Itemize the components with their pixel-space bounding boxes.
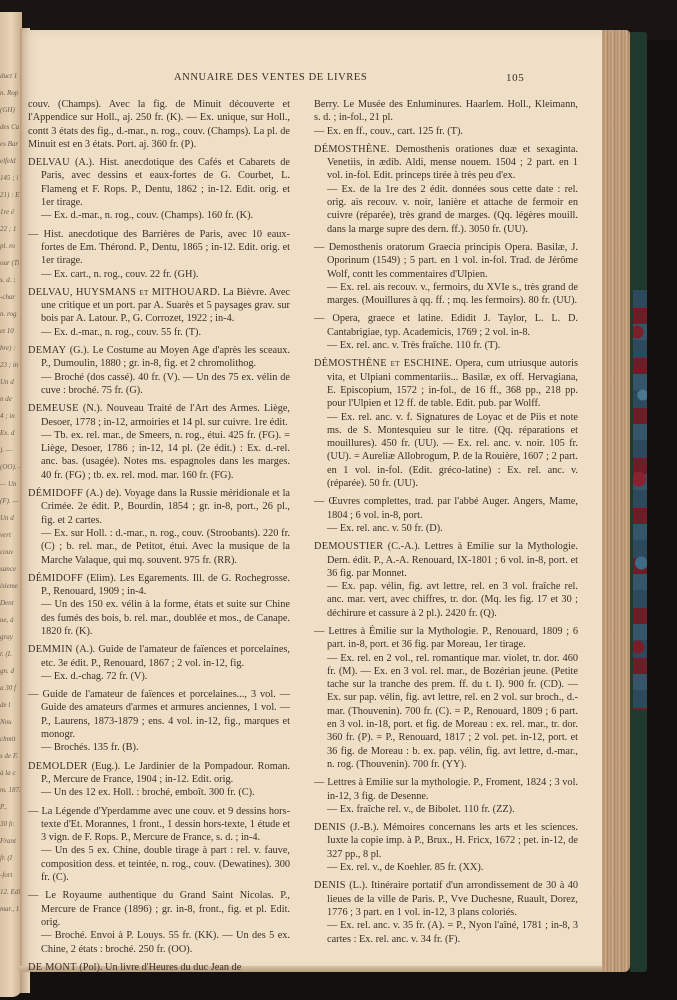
entry-heading: DEMAY (28, 345, 66, 356)
entry-heading: — (28, 890, 39, 901)
entry-description: (A.). Guide de l'amateur de faïences et … (41, 644, 290, 668)
left-page-text-fragment: gn. d (0, 667, 22, 676)
left-page-text-fragment: -fort (0, 871, 22, 880)
entry-heading: DEMMIN (28, 644, 73, 655)
left-page-text-fragment: 145 ; i (0, 174, 22, 183)
left-page-text-fragment: gray (0, 633, 22, 642)
left-page-text-fragment: Un d (0, 514, 22, 523)
page-number: 105 (506, 72, 524, 84)
entry-demmin-1: DEMMIN (A.). Guide de l'amateur de faïen… (28, 643, 290, 683)
entry-demosthene-eschine-2: — Œuvres complettes, trad. par l'abbé Au… (314, 495, 578, 535)
left-page-text-fragment: (F). — (0, 497, 22, 506)
left-page-text-fragment: s. d. ; (0, 276, 22, 285)
left-column: couv. (Champs). Avec la fig. de Minuit d… (28, 98, 290, 979)
entry-description: Hist. anecdotique des Barrières de Paris… (39, 229, 290, 267)
entry-demay: DEMAY (G.). Le Costume au Moyen Age d'ap… (28, 344, 290, 397)
entry-sale-record: — Ex. rel. anc. v. Très fraîche. 110 fr.… (327, 339, 578, 352)
entry-sale-record: — Ex. cart., n. rog., couv. 22 fr. (GH). (41, 268, 290, 281)
left-page-text-fragment: Nou (0, 718, 22, 727)
entry-heading: DELVAU, HUYSMANS et MITHOUARD (28, 287, 217, 298)
entry-sale-record: — Ex. rel. ais recouv. v., fermoirs, du … (327, 281, 578, 308)
left-page-text-fragment: fr. (I (0, 854, 22, 863)
left-page-text-fragment: s de F. (0, 752, 22, 761)
entry-heading: DEMOLDER (28, 761, 88, 772)
left-page-text-fragment: chmit (0, 735, 22, 744)
left-page-text-fragment: et 10 (0, 327, 22, 336)
left-page-text-fragment: 30 fr. (0, 820, 22, 829)
running-head-title: ANNUAIRE DES VENTES DE LIVRES (174, 72, 367, 83)
left-page-text-fragment: mar., 1 (0, 905, 22, 914)
entry-heading: — (314, 313, 325, 324)
entry-demoustier-2: — Lettres à Émilie sur la Mythologie. P.… (314, 625, 578, 771)
left-page-text-fragment: es Bar (0, 140, 22, 149)
entry-demolder-2: — La Légende d'Yperdamme avec une couv. … (28, 805, 290, 885)
left-page-text-fragment: Dent (0, 599, 22, 608)
entry-description: Lettres à Émilie sur la Mythologie. P., … (325, 626, 578, 650)
entry-description: La Légende d'Yperdamme avec une couv. et… (39, 806, 290, 844)
left-page-text-fragment: à la c (0, 769, 22, 778)
left-page-text-fragment: couv (0, 548, 22, 557)
entry-description: couv. (Champs). Avec la fig. de Minuit d… (28, 99, 290, 150)
entry-description: Berry. Le Musée des Enluminures. Haarlem… (314, 99, 578, 123)
entry-sale-record: — Tb. ex. rel. mar., de Smeers, n. rog.,… (41, 429, 290, 482)
left-page-text-fragment: duct 1 (0, 72, 22, 81)
entry-heading: — (28, 806, 39, 817)
entry-sale-record: — Broché. Envoi à P. Louys. 55 fr. (KK).… (41, 929, 290, 956)
entry-sale-record: — Ex. rel. v., de Koehler. 85 fr. (XX). (327, 861, 578, 874)
entry-demeuse: DEMEUSE (N.). Nouveau Traité de l'Art de… (28, 402, 290, 482)
left-page-text-fragment: ). — (0, 446, 22, 455)
left-page-edge: duct 1n. Rop(GH)des Caes Barelfeld145 ; … (0, 12, 22, 997)
entry-demosthene-eschine-1: DÉMOSTHÈNE et ESCHINE. Opera, cum utrius… (314, 357, 578, 490)
left-page-text-fragment: de l (0, 701, 22, 710)
left-page-text-fragment: 4 ; in (0, 412, 22, 421)
entry-delvau-huysmans: DELVAU, HUYSMANS et MITHOUARD. La Bièvre… (28, 286, 290, 339)
entry-sale-record: — Ex. rel. anc. v. 35 fr. (A). = P., Nyo… (327, 919, 578, 946)
left-page-text-fragment: pl. ro (0, 242, 22, 251)
entry-heading: DÉMOSTHÈNE (314, 144, 387, 155)
left-page-text-fragment: m. 1872 (0, 786, 22, 795)
entry-demolder-1: DEMOLDER (Eug.). Le Jardinier de la Pomp… (28, 760, 290, 800)
left-page-text-fragment: r. (L (0, 650, 22, 659)
left-page-text-fragment: P., (0, 803, 22, 812)
entry-delvau-1: DELVAU (A.). Hist. anecdotique des Cafés… (28, 156, 290, 222)
entry-sale-record: — Ex. d.-mar., n. rog., couv. (Champs). … (41, 209, 290, 222)
entry-heading: — (314, 626, 325, 637)
entry-description: Opera, graece et latine. Edidit J. Taylo… (325, 313, 578, 337)
left-page-text-fragment: 23 ; in (0, 361, 22, 370)
entry-demosthene-2: — Demosthenis oratorum Graecia principis… (314, 241, 578, 307)
left-page-text-fragment: vert (0, 531, 22, 540)
left-page-text-fragment: 12. Edi (0, 888, 22, 897)
entry-sale-record: — Un des 5 ex. Chine, double tirage à pa… (41, 844, 290, 884)
entry-sale-record: — Ex. fraîche rel. v., de Bibolet. 110 f… (327, 803, 578, 816)
entry-description: (G.). Le Costume au Moyen Age d'après le… (41, 345, 290, 369)
entry-demosthene-3: — Opera, graece et latine. Edidit J. Tay… (314, 312, 578, 352)
left-page-text-fragment: isieme (0, 582, 22, 591)
page-content: ANNUAIRE DES VENTES DE LIVRES 105 couv. … (28, 68, 594, 90)
left-page-text-fragment: elfeld (0, 157, 22, 166)
left-page-text-fragment: Ex. d (0, 429, 22, 438)
entry-sale-record: — Brochés. 135 fr. (B). (41, 741, 290, 754)
entry-heading: — (314, 777, 325, 788)
entry-heading: DEMEUSE (28, 403, 79, 414)
right-column: Berry. Le Musée des Enluminures. Haarlem… (314, 98, 578, 951)
entry-demosthene-1: DÉMOSTHÈNE. Demosthenis orationes duæ et… (314, 143, 578, 236)
entry-sale-record: — Broché (dos cassé). 40 fr. (V). — Un d… (41, 371, 290, 398)
entry-sale-record: — Ex. rel. anc. v. 50 fr. (D). (327, 522, 578, 535)
left-page-text-fragment: bre) : (0, 344, 22, 353)
entry-description: (J.-B.). Mémoires concernans les arts et… (327, 822, 578, 860)
left-page-text-fragment: n. rog (0, 310, 22, 319)
entry-demoustier-1: DEMOUSTIER (C.-A.). Lettres à Emilie sur… (314, 540, 578, 620)
entry-demoustier-3: — Lettres à Emilie sur la mythologie. P.… (314, 776, 578, 816)
left-page-text-fragment: n. Rop (0, 89, 22, 98)
entry-description: (A.). Hist. anecdotique des Cafés et Cab… (41, 157, 290, 208)
left-page-text-fragment: (GH) (0, 106, 22, 115)
left-page-text-fragment: n de (0, 395, 22, 404)
left-page-text-fragment: a 30 f (0, 684, 22, 693)
entry-demolder-3: — Le Royaume authentique du Grand Saint … (28, 889, 290, 955)
left-page-text-fragment: des Ca (0, 123, 22, 132)
entry-heading: DELVAU (28, 157, 70, 168)
entry-description: Demosthenis oratorum Graecia principis O… (325, 242, 578, 280)
entry-de-mont: DE MONT (Pol). Un livre d'Heures du duc … (28, 961, 290, 974)
entry-denis-jb: DENIS (J.-B.). Mémoires concernans les a… (314, 821, 578, 874)
entry-sale-record: — Ex. d.-chag. 72 fr. (V). (41, 670, 290, 683)
entry-description: (Pol). Un livre d'Heures du duc Jean de (77, 962, 242, 973)
entry-sale-record: — Ex. en ff., couv., cart. 125 fr. (T). (314, 125, 578, 138)
entry-denis-l: DENIS (L.). Itinéraire portatif d'un arr… (314, 879, 578, 945)
entry-description: Œuvres complettes, trad. par l'abbé Auge… (325, 496, 578, 520)
entry-demidoff-a: DÉMIDOFF (A.) de). Voyage dans la Russie… (28, 487, 290, 567)
left-page-text-fragment: ue, à (0, 616, 22, 625)
entry-heading: — (28, 689, 39, 700)
entry-heading: DENIS (314, 822, 346, 833)
running-head: ANNUAIRE DES VENTES DE LIVRES 105 (28, 68, 594, 90)
left-page-text-fragment: 22 ; 1 (0, 225, 22, 234)
entry-sale-record: — Ex. de la 1re des 2 édit. données sous… (327, 183, 578, 236)
entry-delvau-2: — Hist. anecdotique des Barrières de Par… (28, 228, 290, 281)
left-page-text-fragment: sance (0, 565, 22, 574)
left-page-text-fragment: — Un (0, 480, 22, 489)
entry-description: Lettres à Emilie sur la mythologie. P., … (325, 777, 578, 801)
entry-sale-record: — Un des 150 ex. vélin à la forme, états… (41, 598, 290, 638)
entry-description: (N.). Nouveau Traité de l'Art des Armes.… (41, 403, 290, 427)
entry-sale-record: — Ex. rel. anc. v. f. Signatures de Loya… (327, 411, 578, 491)
entry-description: Guide de l'amateur de faïences et porcel… (39, 689, 290, 740)
entry-heading: DEMOUSTIER (314, 541, 383, 552)
entry-demidoff-elim: DÉMIDOFF (Elim). Les Egarements. Ill. de… (28, 572, 290, 638)
entry-demmin-2: — Guide de l'amateur de faïences et porc… (28, 688, 290, 754)
left-page-text-fragment: (OO). — (0, 463, 22, 472)
entry-description: Le Royaume authentique du Grand Saint Ni… (39, 890, 290, 928)
left-page-text-fragment: Un d (0, 378, 22, 387)
entry-heading: DÉMIDOFF (28, 488, 83, 499)
entry-sale-record: — Ex. rel. en 2 vol., rel. romantique ma… (327, 652, 578, 772)
left-page-text-fragment: -char (0, 293, 22, 302)
entry-demay-cont: couv. (Champs). Avec la fig. de Minuit d… (28, 98, 290, 151)
left-page-text-fragment: Frant (0, 837, 22, 846)
marbled-paper-cover (633, 290, 647, 710)
left-page-text-fragment: 21) : E (0, 191, 22, 200)
page-block-fore-edge (602, 30, 630, 972)
entry-heading: DE MONT (28, 962, 77, 973)
entry-heading: — (314, 242, 325, 253)
left-page-text-fragment: 1re é (0, 208, 22, 217)
entry-sale-record: — Ex. sur Holl. : d.-mar., n. rog., couv… (41, 527, 290, 567)
entry-sale-record: — Ex. d.-mar., n. rog., couv. 55 fr. (T)… (41, 326, 290, 339)
entry-heading: — (314, 496, 325, 507)
entry-sale-record: — Un des 12 ex. Holl. : broché, emboît. … (41, 786, 290, 799)
entry-heading: DENIS (314, 880, 346, 891)
entry-description: (L.). Itinéraire portatif d'un arrondiss… (327, 880, 578, 918)
entry-sale-record: — Ex. pap. vélin, fig. avt lettre, rel. … (327, 580, 578, 620)
entry-heading: DÉMIDOFF (28, 573, 83, 584)
entry-heading: — (28, 229, 39, 240)
left-page-text-fragment: our (Ti (0, 259, 22, 268)
entry-heading: DÉMOSTHÈNE et ESCHINE (314, 358, 449, 369)
entry-de-mont-cont: Berry. Le Musée des Enluminures. Haarlem… (314, 98, 578, 138)
